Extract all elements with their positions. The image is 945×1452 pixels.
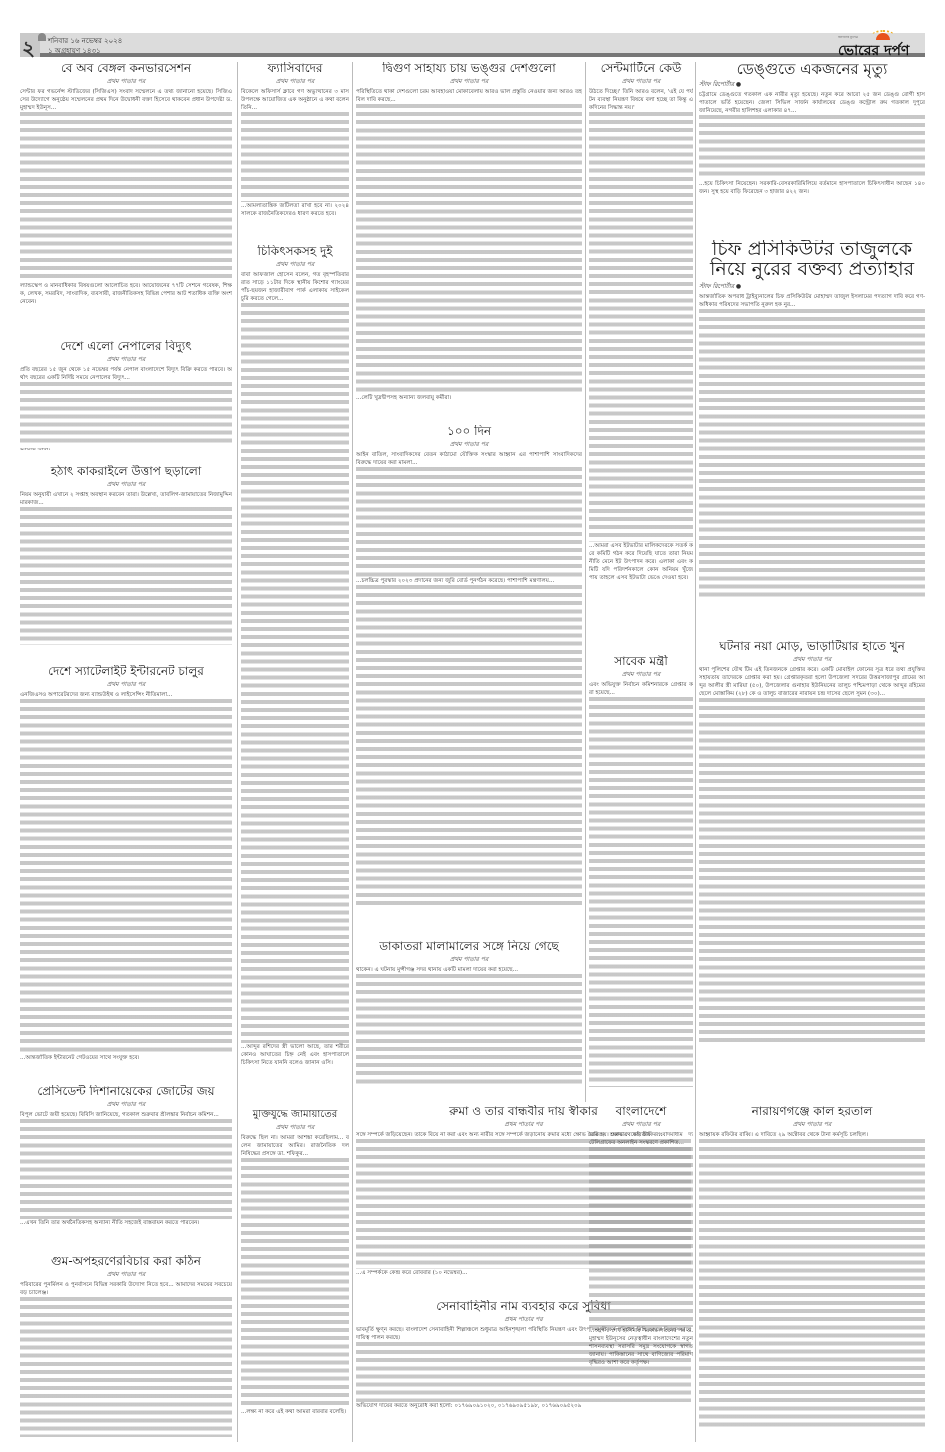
headline[interactable]: মুক্তিযুদ্ধে জামায়াতের — [241, 1110, 349, 1121]
article-body: আইন বাতিল, সাংবাদিকদের বেতন কাঠামো যৌক্ত… — [356, 451, 582, 467]
article-satellite-internet[interactable]: দেশে স্যাটেলাইট ইন্টারনেট চালুর প্রথম পা… — [20, 665, 232, 1070]
continued-label: প্রথম পাতার পর — [356, 439, 582, 450]
article-body: বিপুল ভোটে জয়ী হয়েছে। বিবিসি জানিয়েছে… — [20, 1111, 232, 1119]
article-st-martin[interactable]: সেন্টমার্টিনে কেউ প্রথম পাতার পর উঠতে দি… — [589, 62, 693, 642]
article-body-tail: ...আন্তর্জাতিক ইন্টারনেট গেটওয়ের সাথে স… — [20, 1054, 232, 1062]
article-dengue[interactable]: ডেঙ্গুতে একজনের মৃত্যু স্টাফ রিপোর্টার ●… — [699, 62, 925, 232]
continued-label: প্রথম পাতার পর — [20, 76, 232, 87]
headline[interactable]: দেশে এলো নেপালের বিদ্যুৎ — [20, 340, 232, 353]
article-body: উঠতে দিচ্ছে।' তিনি আরও বলেন, 'এই যে পর্য… — [589, 88, 693, 112]
body-text-lines — [356, 974, 582, 1084]
headline[interactable]: দেশে স্যাটেলাইট ইন্টারনেট চালুর — [20, 665, 232, 678]
body-text-lines — [356, 585, 582, 905]
headline[interactable]: চিফ প্রসিকিউটর তাজুলকে নিয়ে নুরের বক্তব… — [699, 240, 925, 280]
body-text-lines — [699, 309, 925, 599]
continued-label: প্রথম পাতার পর — [589, 1119, 693, 1130]
continued-label: প্রথম পাতার পর — [241, 76, 349, 87]
article-body: নিয়ম অনুযায়ী এখানে ২ সপ্তাহ অবস্থান কর… — [20, 491, 232, 507]
column-divider — [585, 62, 586, 1102]
body-text-lines — [356, 467, 582, 577]
page-curl-icon — [38, 33, 46, 41]
article-body: বাবা আফজাল হোসেন বলেন, গত বৃহস্পতিবার রা… — [241, 271, 349, 303]
article-jamaat-liberation[interactable]: মুক্তিযুদ্ধে জামায়াতের প্রথম পাতার পর ব… — [241, 1110, 349, 1445]
article-body: বিকেলে অফিসার্স ক্লাবে গণ অভ্যুত্থানের ৩… — [241, 88, 349, 112]
logo-wordmark: ভোরের দর্পণ — [838, 39, 909, 63]
headline[interactable]: সেন্টমার্টিনে কেউ — [589, 62, 693, 75]
article-nepal-power[interactable]: দেশে এলো নেপালের বিদ্যুৎ প্রথম পাতার পর … — [20, 340, 232, 450]
body-text-lines — [589, 1147, 693, 1327]
continued-label: প্রথম পাতার পর — [589, 669, 693, 680]
article-body-tail: আসছে তারা। — [20, 447, 232, 450]
column-divider — [695, 62, 696, 1442]
article-body: ভারত। শুক্রবার ভারতীয় সংবাদমাধ্যম দ্য ট… — [589, 1131, 693, 1147]
byline: স্টাফ রিপোর্টার ● — [699, 281, 925, 292]
byline: স্টাফ রিপোর্টার ● — [699, 79, 925, 90]
body-text-lines — [241, 1158, 349, 1408]
continued-label: প্রথম পাতার পর — [241, 259, 349, 270]
body-text-lines — [20, 1297, 232, 1437]
article-body-mid: ...চলচ্চিত্র পুরস্কার ২০২৩ প্রদানের জন্য… — [356, 577, 582, 585]
article-hundred-days[interactable]: ১০০ দিন প্রথম পাতার পর আইন বাতিল, সাংবাদ… — [356, 425, 582, 930]
article-body: প্রতি বছরের ১৫ জুন থেকে ১৫ নভেম্বর পর্যন… — [20, 366, 232, 382]
article-bangladesh-india[interactable]: বাংলাদেশে প্রথম পাতার পর ভারত। শুক্রবার … — [589, 1105, 693, 1445]
article-body: এনজিএসও অপারেটরদের জন্য ব্যান্ডউইথ ও লাই… — [20, 691, 232, 699]
body-text-lines — [20, 507, 232, 645]
masthead-rule — [20, 53, 925, 57]
article-body-tail: ...আমলাতান্ত্রিক জটিলতা রাখা হবে না। ২০২… — [241, 202, 349, 218]
article-body: বিরুদ্ধে ছিল না। আমরা আশঙ্কা করেছিলাম...… — [241, 1134, 349, 1158]
article-body-mid: ...আমরা এসব ইটভাটার মালিকদেরকে সতর্ক করে… — [589, 542, 693, 582]
article-body: আন্তর্জাতিক অপরাধ ট্রাইব্যুনালের চিফ প্র… — [699, 293, 925, 309]
body-text-lines — [20, 699, 232, 1054]
article-narayanganj-hartal[interactable]: নারায়ণগঞ্জে কাল হরতাল প্রথম পাতার পর আহ… — [699, 1105, 925, 1445]
body-text-lines — [20, 382, 232, 447]
article-doctor-two[interactable]: চিকিৎসকসহ দুই প্রথম পাতার পর বাবা আফজাল … — [241, 245, 349, 1090]
continued-label: প্রথম পাতার পর — [20, 1269, 232, 1280]
continued-label: প্রথম পাতার পর — [356, 954, 582, 965]
headline[interactable]: গুম-অপহরণেরবিচার করা কঠিন — [20, 1255, 232, 1268]
continued-label: প্রথম পাতার পর — [20, 354, 232, 365]
continued-label: প্রথম পাতার পর — [20, 1099, 232, 1110]
article-body-tail: ...লেটি খুদ্রদ্বীপসহ অন্যান্য জলবায়ু কর… — [356, 394, 582, 402]
headline[interactable]: ঘটনার নয়া মোড়, ভাড়াটিয়ার হাতে খুন — [699, 640, 925, 653]
article-body-tail: ল্যান্ডস্কেপ ও মানবাধিকার বিষয়গুলো আলোচ… — [20, 282, 232, 306]
article-chief-prosecutor[interactable]: চিফ প্রসিকিউটর তাজুলকে নিয়ে নুরের বক্তব… — [699, 240, 925, 635]
article-enforced-disappearance[interactable]: গুম-অপহরণেরবিচার করা কঠিন প্রথম পাতার পর… — [20, 1255, 232, 1445]
article-body: এবং অভিযুক্ত নির্বাচন কমিশনারকে গ্রেপ্তা… — [589, 681, 693, 697]
headline[interactable]: বাংলাদেশে — [589, 1105, 693, 1118]
article-bay-of-bengal[interactable]: বে অব বেঙ্গল কনভারসেশন প্রথম পাতার পর সে… — [20, 62, 232, 307]
headline[interactable]: ডেঙ্গুতে একজনের মৃত্যু — [699, 62, 925, 78]
continued-label: প্রথম পাতার পর — [20, 679, 232, 690]
body-text-lines — [589, 697, 693, 1087]
article-robbery[interactable]: ডাকাতরা মালামালের সঙ্গে নিয়ে গেছে প্রথম… — [356, 940, 582, 1090]
body-text-lines — [241, 112, 349, 202]
article-body-tail: ...লক্ষ্য না করে এই কথা আমরা বারবার বলেছ… — [241, 1408, 349, 1416]
article-body: আহ্বায়ক রফিউর রাব্বি। এ দাবিতে ২৯ অক্টো… — [699, 1131, 925, 1139]
article-body: সেন্টার ফর গভর্নেন্স স্টাডিজের (সিজিএস) … — [20, 88, 232, 112]
article-body-tail: ...আব্দুর রশিদের স্ত্রী ভালো আছে, তার শর… — [241, 1043, 349, 1067]
continued-label: প্রথম পাতার পর — [589, 76, 693, 87]
body-text-lines — [20, 1119, 232, 1219]
headline[interactable]: ১০০ দিন — [356, 425, 582, 438]
masthead-bar — [20, 33, 925, 53]
date-bangla: ১ অগ্রহায়ণ ১৪৩১ — [48, 45, 101, 57]
body-text-lines — [699, 115, 925, 180]
continued-label: প্রথম পাতার পর — [20, 479, 232, 490]
headline[interactable]: দ্বিগুণ সাহায্য চায় ভঙ্গুর দেশগুলো — [356, 62, 582, 75]
headline[interactable]: সাবেক মন্ত্রী — [589, 655, 693, 668]
article-ex-minister[interactable]: সাবেক মন্ত্রী প্রথম পাতার পর এবং অভিযুক্… — [589, 655, 693, 1095]
article-dissanayake[interactable]: প্রেসিডেন্ট দিশানায়েকের জোটের জয় প্রথম… — [20, 1085, 232, 1240]
body-text-lines — [20, 112, 232, 282]
continued-label: প্রথম পাতার পর — [356, 76, 582, 87]
headline[interactable]: ফ্যাসিবাদের — [241, 62, 349, 75]
headline[interactable]: প্রেসিডেন্ট দিশানায়েকের জোটের জয় — [20, 1085, 232, 1098]
article-body-tail: ...আগস্ট শেখ হাসিনার সরকার পতনের পর ড. ম… — [589, 1327, 693, 1367]
article-landlord-murder[interactable]: ঘটনার নয়া মোড়, ভাড়াটিয়ার হাতে খুন প্… — [699, 640, 925, 1085]
body-text-lines — [699, 1139, 925, 1429]
article-body: থাকেন। এ ঘটনায় মুন্সীগঞ্জ সদর থানায় এক… — [356, 966, 582, 974]
column-divider — [352, 62, 353, 1442]
article-body-tail: ...হয়ে চিকিৎসা নিয়েছেন। সরকারি-বেসরকার… — [699, 180, 925, 196]
article-fascism[interactable]: ফ্যাসিবাদের প্রথম পাতার পর বিকেলে অফিসার… — [241, 62, 349, 232]
continued-label: প্রথম পাতার পর — [241, 1122, 349, 1133]
headline[interactable]: চিকিৎসকসহ দুই — [241, 245, 349, 258]
body-text-lines — [241, 303, 349, 1043]
newspaper-logo: জনগণের মুখপত্র ভোরের দর্পণ — [838, 33, 923, 55]
headline[interactable]: বে অব বেঙ্গল কনভারসেশন — [20, 62, 232, 75]
article-body-tail: ...এখন তিনি তার অর্থনৈতিকসহ অন্যান্য নীত… — [20, 1219, 232, 1227]
article-kakrail[interactable]: হঠাৎ কাকরাইলে উত্তাপ ছড়ালো প্রথম পাতার … — [20, 465, 232, 645]
article-body: পরিবারের পুনর্মিলন ও পুনর্বাসনে বিভিন্ন … — [20, 1281, 232, 1297]
body-text-lines — [699, 698, 925, 1043]
article-body: থানা পুলিশের যৌথ টিম এই তিনজনকে গ্রেপ্তা… — [699, 666, 925, 698]
column-divider — [237, 62, 238, 1442]
continued-label: প্রথম পাতার পর — [699, 654, 925, 665]
article-double-aid[interactable]: দ্বিগুণ সাহায্য চায় ভঙ্গুর দেশগুলো প্রথ… — [356, 62, 582, 412]
article-body: চট্টগ্রামে ডেঙ্গুতে গতকাল এক নারীর মৃত্য… — [699, 91, 925, 115]
continued-label: প্রথম পাতার পর — [699, 1119, 925, 1130]
body-text-lines — [589, 112, 693, 542]
body-text-lines — [356, 104, 582, 394]
article-body: পরিস্থিতিতে থাকা দেশগুলো চরম আবহাওয়া মো… — [356, 88, 582, 104]
headline[interactable]: হঠাৎ কাকরাইলে উত্তাপ ছড়ালো — [20, 465, 232, 478]
headline[interactable]: নারায়ণগঞ্জে কাল হরতাল — [699, 1105, 925, 1118]
headline[interactable]: ডাকাতরা মালামালের সঙ্গে নিয়ে গেছে — [356, 940, 582, 953]
